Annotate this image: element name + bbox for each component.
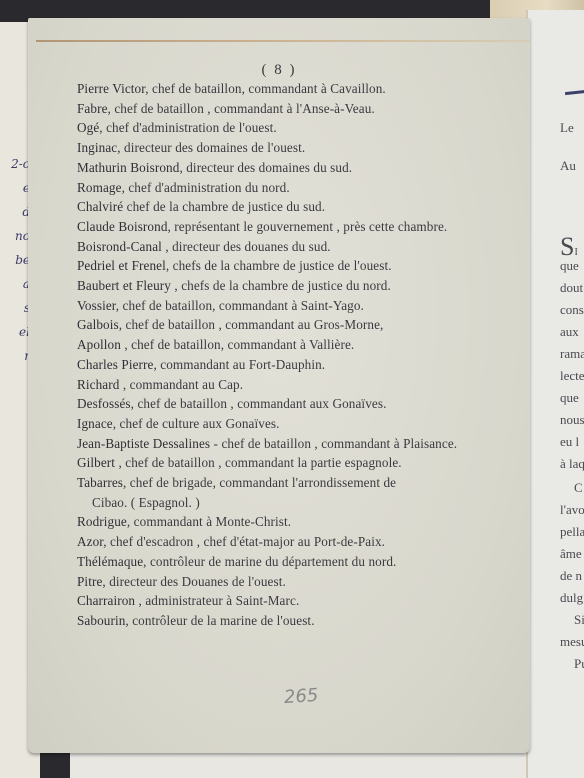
role-text: , chef de bataillon, commandant à Valliè… <box>121 337 354 352</box>
list-item: Fabre, chef de bataillon , commandant à … <box>77 99 527 119</box>
drop-cap-suffix: I <box>574 247 577 258</box>
list-item: Rodrigue, commandant à Monte-Christ. <box>77 512 527 532</box>
list-item: Galbois, chef de bataillon , commandant … <box>77 315 527 335</box>
list-item: Desfossés, chef de bataillon , commandan… <box>77 394 527 414</box>
person-name: Apollon <box>77 337 121 352</box>
page-text-fragment: nous <box>560 412 584 428</box>
page-text-fragment: dulg <box>560 590 583 606</box>
person-name: Pierre Victor <box>77 81 145 96</box>
pencil-annotation: 265 <box>283 685 319 708</box>
list-item: Romage, chef d'administration du nord. <box>77 178 527 198</box>
page-text-fragment: que <box>560 258 579 274</box>
handwriting-fragment: 2-o <box>0 152 30 176</box>
page-text-fragment: Si <box>574 612 584 628</box>
list-item: Richard , commandant au Cap. <box>77 375 527 395</box>
handwritten-fragments: 2-oednobeaselr <box>0 152 30 368</box>
page-text-fragment: âme <box>560 546 582 562</box>
handwriting-fragment: el <box>0 320 30 344</box>
list-item: Vossier, chef de bataillon, commandant à… <box>77 296 527 316</box>
person-name: Galbois <box>77 317 119 332</box>
list-item: Baubert et Fleury , chefs de la chambre … <box>77 276 527 296</box>
page-text-fragment: C <box>574 480 583 496</box>
handwriting-fragment: e <box>0 176 30 200</box>
list-item: Thélémaque, contrôleur de marine du dépa… <box>77 552 527 572</box>
list-item-continuation: Cibao. ( Espagnol. ) <box>77 493 527 513</box>
person-name: Ignace <box>77 416 113 431</box>
page-text-fragment: à laq <box>560 456 584 472</box>
role-text: , chef de bataillon, commandant à Cavail… <box>145 81 386 96</box>
page-text-fragment: lecte <box>560 368 584 384</box>
role-text: , administrateur à Saint-Marc. <box>135 593 299 608</box>
role-text: - chef de bataillon , commandant à Plais… <box>210 436 457 451</box>
person-name: Pitre <box>77 574 102 589</box>
person-name: Azor <box>77 534 103 549</box>
list-item: Gilbert , chef de bataillon , commandant… <box>77 453 527 473</box>
person-name: Jean-Baptiste Dessalines <box>77 436 210 451</box>
person-name: Chalviré <box>77 199 123 214</box>
list-item: Azor, chef d'escadron , chef d'état-majo… <box>77 532 527 552</box>
page-text-fragment: dout <box>560 280 583 296</box>
adjacent-printed-page: LeAuSIquedoutconsauxramalectequenouseu l… <box>526 10 584 778</box>
page-text-fragment: rama <box>560 346 584 362</box>
page-text-fragment: que <box>560 390 579 406</box>
page-text-fragment: l'avo <box>560 502 584 518</box>
person-name: Vossier <box>77 298 116 313</box>
person-name: Tabarres <box>77 475 123 490</box>
role-text: , représentant le gouvernement , près ce… <box>168 219 448 234</box>
list-item: Ogé, chef d'administration de l'ouest. <box>77 118 527 138</box>
role-text: , directeur des domaines du sud. <box>179 160 352 175</box>
handwriting-fragment: a <box>0 272 30 296</box>
list-item: Mathurin Boisrond, directeur des domaine… <box>77 158 527 178</box>
person-name: Romage <box>77 180 122 195</box>
page-text-fragment: Au <box>560 158 576 174</box>
person-name: Charles Pierre <box>77 357 153 372</box>
person-name: Ogé <box>77 120 99 135</box>
person-name: Inginac <box>77 140 117 155</box>
role-text: , chef de bataillon , commandant aux Gon… <box>131 396 387 411</box>
person-name: Claude Boisrond <box>77 219 168 234</box>
role-text: , chef de brigade, commandant l'arrondis… <box>123 475 396 490</box>
person-name: Richard <box>77 377 119 392</box>
role-text: , chef d'escadron , chef d'état-major au… <box>103 534 385 549</box>
role-text: Cibao. ( Espagnol. ) <box>92 495 200 510</box>
list-item: Sabourin, contrôleur de la marine de l'o… <box>77 611 527 631</box>
role-text: , chefs de la chambre de justice du nord… <box>171 278 391 293</box>
role-text: , chefs de la chambre de justice de l'ou… <box>166 258 392 273</box>
handwriting-fragment: no <box>0 224 30 248</box>
role-text: , directeur des domaines de l'ouest. <box>117 140 305 155</box>
list-item: Inginac, directeur des domaines de l'oue… <box>77 138 527 158</box>
person-name: Gilbert <box>77 455 115 470</box>
person-name: Rodrigue <box>77 514 127 529</box>
person-name: Baubert et Fleury <box>77 278 171 293</box>
page-number: ( 8 ) <box>28 62 530 79</box>
list-item: Jean-Baptiste Dessalines - chef de batai… <box>77 434 527 454</box>
handwriting-fragment: d <box>0 200 30 224</box>
page-text-fragment: aux <box>560 324 579 340</box>
person-name: Charrairon <box>77 593 135 608</box>
role-text: , commandant au Fort-Dauphin. <box>153 357 325 372</box>
role-text: , commandant à Monte-Christ. <box>127 514 291 529</box>
person-name: Sabourin <box>77 613 125 628</box>
list-item: Pitre, directeur des Douanes de l'ouest. <box>77 572 527 592</box>
document-page: ( 8 ) Pierre Victor, chef de bataillon, … <box>28 18 530 753</box>
handwriting-fragment: be <box>0 248 30 272</box>
person-name: Thélémaque <box>77 554 143 569</box>
role-text: , chef de bataillon , commandant au Gros… <box>119 317 384 332</box>
page-text-fragment: de n <box>560 568 582 584</box>
list-item: Pedriel et Frenel, chefs de la chambre d… <box>77 256 527 276</box>
list-item: Chalviré chef de la chambre de justice d… <box>77 197 527 217</box>
page-text-fragment: Le <box>560 120 574 136</box>
list-item: Apollon , chef de bataillon, commandant … <box>77 335 527 355</box>
role-text: , chef d'administration de l'ouest. <box>99 120 276 135</box>
list-item: Boisrond-Canal , directeur des douanes d… <box>77 237 527 257</box>
page-text-fragment: cons <box>560 302 584 318</box>
role-text: , contrôleur de marine du département du… <box>143 554 396 569</box>
person-name: Desfossés <box>77 396 131 411</box>
page-text-fragment: pella <box>560 524 584 540</box>
underlying-page-bottom <box>70 752 540 778</box>
page-text-fragment: mesu <box>560 634 584 650</box>
role-text: , chef de bataillon , commandant la part… <box>115 455 402 470</box>
role-text: , commandant au Cap. <box>119 377 243 392</box>
page-text-fragment: Pu <box>574 656 584 672</box>
person-name: Mathurin Boisrond <box>77 160 179 175</box>
role-text: , chef d'administration du nord. <box>122 180 290 195</box>
role-text: , chef de culture aux Gonaïves. <box>113 416 280 431</box>
list-item: Pierre Victor, chef de bataillon, comman… <box>77 79 527 99</box>
list-item: Claude Boisrond, représentant le gouvern… <box>77 217 527 237</box>
handwriting-fragment: r <box>0 344 30 368</box>
role-text: , chef de bataillon, commandant à Saint-… <box>116 298 364 313</box>
list-item: Ignace, chef de culture aux Gonaïves. <box>77 414 527 434</box>
drop-cap: S <box>560 232 574 261</box>
role-text: chef de la chambre de justice du sud. <box>123 199 325 214</box>
person-name: Pedriel et Frenel <box>77 258 166 273</box>
decorative-rule <box>565 88 584 95</box>
list-item: Charrairon , administrateur à Saint-Marc… <box>77 591 527 611</box>
page-text-fragment: eu l <box>560 434 579 450</box>
list-item: Tabarres, chef de brigade, commandant l'… <box>77 473 527 493</box>
list-item: Charles Pierre, commandant au Fort-Dauph… <box>77 355 527 375</box>
role-text: , chef de bataillon , commandant à l'Ans… <box>108 101 375 116</box>
personnel-list: Pierre Victor, chef de bataillon, comman… <box>77 79 527 631</box>
person-name: Fabre <box>77 101 108 116</box>
role-text: , directeur des douanes du sud. <box>162 239 331 254</box>
handwriting-fragment: s <box>0 296 30 320</box>
role-text: , directeur des Douanes de l'ouest. <box>102 574 285 589</box>
person-name: Boisrond-Canal <box>77 239 162 254</box>
role-text: , contrôleur de la marine de l'ouest. <box>125 613 314 628</box>
